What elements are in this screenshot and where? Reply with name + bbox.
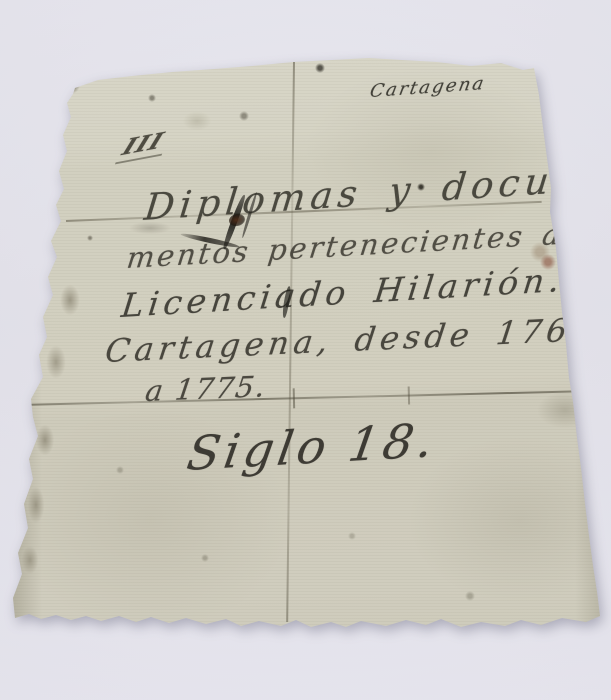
paper-sheet: Cartagena III Diplomas y docu mentos per… <box>0 0 611 700</box>
manuscript-paper: Cartagena III Diplomas y docu mentos per… <box>0 0 611 700</box>
photo-background: Cartagena III Diplomas y docu mentos per… <box>0 0 611 700</box>
title-line-5: a 1775. <box>143 369 268 408</box>
